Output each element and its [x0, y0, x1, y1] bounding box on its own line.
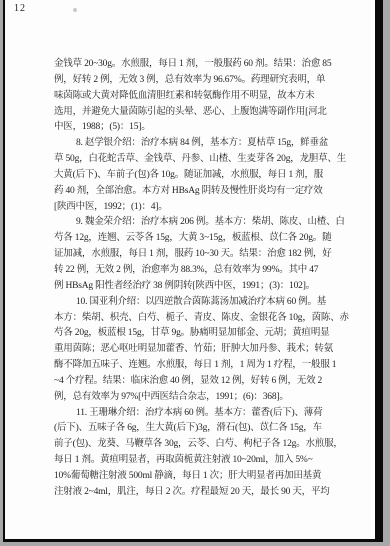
text-line: 金钱草 20~30g。水煎服，每日 1 剂，一般服药 60 剂。结果：治愈 85 [54, 57, 357, 73]
text-line: 药 40 剂，全部治愈。本方对 HBsAg 阴转及慢性肝炎均有一定疗效 [54, 184, 357, 200]
text-line: 例 HBsAg 阳性者经治疗 38 例阴转[陕西中医，1991；(3)：102]… [54, 279, 357, 295]
text-line: [陕西中医，1992；(1)：4]。 [54, 200, 357, 216]
text-line: 转 22 例，无效 2 例，治愈率为 88.3%，总有效率为 99%。其中 47 [54, 263, 357, 279]
text-line: 每日 1 剂。黄疸明显者，再取茵栀黄注射液 10~20ml，加入 5%~ [54, 453, 357, 469]
text-line: 味茵陈或大黄对降低血清胆红素和转氨酶作用不明显，故本方未 [54, 89, 357, 105]
text-line: 草 50g，白花蛇舌草、金钱草、丹参、山楂、生麦芽各 20g，龙胆草、生 [54, 152, 357, 168]
page-edge-right-black [375, 0, 383, 542]
text-line: 大黄(后下)、车前子(包)各 10g。随证加减，水煎服，每日 1 剂，服 [54, 168, 357, 184]
text-line: 9. 魏金荣介绍：治疗本病 206 例。基本方：柴胡、陈皮、山楂、白 [76, 215, 357, 231]
text-line: 证加减，水煎服，每日 1 剂，服药 10~30 天。结果：治愈 182 例，好 [54, 247, 357, 263]
text-line: 例，总有效率为 97%[中西医结合杂志，1991；(6)：368]。 [54, 390, 357, 406]
text-line: 注射液 2~4ml，肌注，每日 2 次。疗程最短 20 天，最长 90 天，平均 [54, 485, 357, 501]
text-line: 10. 国亚利介绍：以四逆散合茵陈蒿汤加减治疗本病 60 例。基 [76, 295, 357, 311]
text-line: 芍各 12g，连翘、云苓各 15g，大黄 3~15g，板蓝根、苡仁各 20g。随 [54, 231, 357, 247]
text-line: 芍各 20g，板蓝根 15g，甘草 9g。胁痛明显加郁金、元胡；黄疸明显 [54, 326, 357, 342]
text-line: 前子(包)、龙葵、马鞭草各 30g，云苓、白芍、枸杞子各 12g。水煎服， [54, 437, 357, 453]
text-line: 中医，1988；(5)：15]。 [54, 120, 357, 136]
text-line: 例，好转 2 例，无效 3 例，总有效率为 96.67%。药理研究表明，单 [54, 73, 357, 89]
text-line: (后下)、五味子各 6g，生大黄(后下)3g，滑石(包)、苡仁各 15g，车 [54, 421, 357, 437]
text-line: 酶不降加五味子、连翘。水煎服，每日 1 剂，1 周为 1 疗程，一般服 1 [54, 358, 357, 374]
page-edge-left-black [3, 0, 5, 542]
text-line: 重用茵陈；恶心呕吐明显加藿香、竹茹；肝肿大加丹参、莪术；转氨 [54, 342, 357, 358]
page-edge-bottom-gray [0, 542, 390, 546]
page-number: 12 [14, 3, 390, 14]
text-line: 11. 王珊琳介绍：治疗本病 60 例。基本方：藿香(后下)、薄荷 [76, 406, 357, 422]
scan-speck [73, 8, 77, 12]
text-line: ~4 个疗程。结果：临床治愈 40 例，显效 12 例，好转 6 例，无效 2 [54, 374, 357, 390]
page-edge-right-gray [383, 0, 390, 546]
text-line: 10%葡萄糖注射液 500ml 静滴，每日 1 次；肝大明显者再加田基黄 [54, 469, 357, 485]
text-line: 8. 赵学银介绍：治疗本病 84 例，基本方：夏枯草 15g，鲜垂盆 [76, 136, 357, 152]
text-line: 本方：柴胡、枳壳、白芍、栀子、青皮、陈皮、金银花各 10g，茵陈、赤 [54, 311, 357, 327]
page-text: 金钱草 20~30g。水煎服，每日 1 剂，一般服药 60 剂。结果：治愈 85… [54, 57, 357, 501]
text-line: 选用，并避免大量茵陈引起的头晕、恶心、上腹饱满等副作用[河北 [54, 105, 357, 121]
